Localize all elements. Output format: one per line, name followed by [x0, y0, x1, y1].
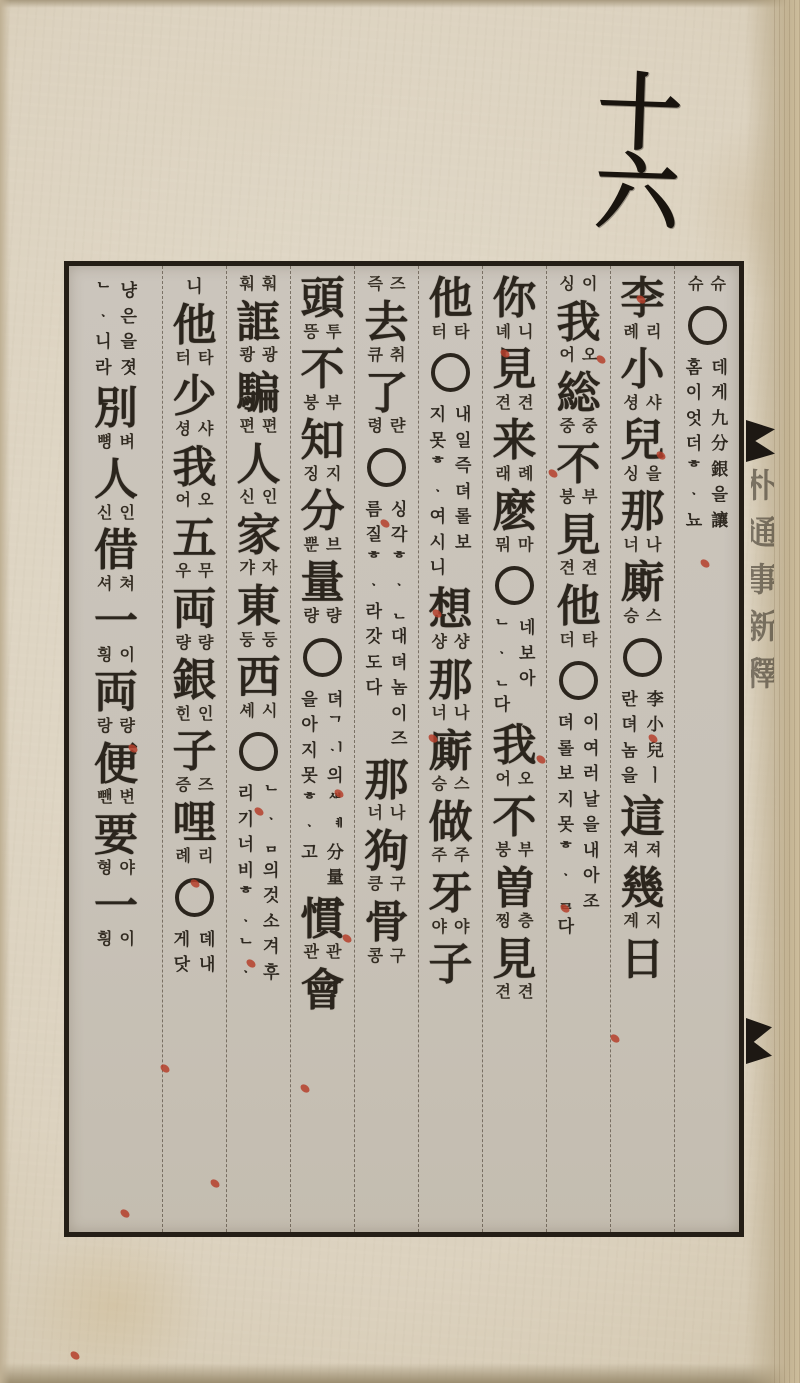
eonhae-left-subcolumn: 게닷 [174, 927, 190, 978]
pronunciation-gloss: 너나 [624, 537, 662, 555]
pronunciation-gloss: 량량 [176, 635, 214, 653]
eonhae-annotation: ᄂᆞᆫ다네보아 [494, 615, 536, 717]
section-circle-icon [495, 566, 534, 605]
hanja-char: 分 [301, 488, 345, 536]
hanja-char: 両 [94, 669, 138, 717]
hanja-char: 那 [365, 757, 409, 805]
hanja-char: 来 [493, 417, 537, 465]
pronunciation-gloss: 견견 [496, 984, 534, 1002]
pronunciation-gloss: 량량 [304, 608, 342, 626]
eonhae-right-subcolumn: ᄂᆞᆷ의것소겨후 [263, 781, 279, 985]
text-column: 훠훠誆쾅광騙편편人신인家갸자東둥둥西셰시리기너비ᄒᆞᄂᆞᄂᆞᆷ의것소겨후 [227, 266, 291, 1232]
pronunciation-gloss: 더타 [560, 632, 598, 650]
hanja-char: 小 [621, 346, 665, 394]
pronunciation-gloss: 뭐마 [496, 537, 534, 555]
eonhae-right-subcolumn: 뎨내 [199, 927, 215, 978]
pronunciation-gloss: 셔쳐 [97, 576, 135, 594]
eonhae-left-subcolumn: 란뎌놈을 [621, 687, 637, 789]
book-page: 朴通事新釋 十六 슈슈홈이엇더ᄒᆞ뇨데게九分銀을讓李례리小셩샤兒싱을那너나廝승스… [0, 0, 800, 1383]
hanja-char: 廝 [621, 559, 665, 607]
section-circle-icon [688, 306, 727, 345]
hanja-char: 借 [94, 527, 138, 575]
paper-stain [120, 30, 380, 170]
text-column: 슈슈홈이엇더ᄒᆞ뇨데게九分銀을讓 [675, 266, 739, 1232]
hanja-char: 東 [237, 583, 281, 631]
hanja-char: 銀 [173, 657, 217, 705]
hanja-char: 一 [94, 883, 138, 931]
hanja-char: 見 [557, 512, 601, 560]
wrapped-pronunciation-gloss: 싱이 [560, 276, 598, 294]
pronunciation-gloss: 승스 [624, 608, 662, 626]
wrapped-pronunciation-gloss: 즉즈 [368, 276, 406, 294]
pronunciation-gloss: 녜니 [496, 324, 534, 342]
pronunciation-gloss: 샹샹 [432, 634, 470, 652]
eonhae-right-subcolumn: 냥은을졋 [121, 278, 137, 380]
text-frame: 슈슈홈이엇더ᄒᆞ뇨데게九分銀을讓李례리小셩샤兒싱을那너나廝승스란뎌놈을李小兒ㅣ這… [64, 261, 744, 1237]
hanja-char: 做 [429, 799, 473, 847]
red-tone-mark [69, 1350, 81, 1362]
hanja-char: 不 [301, 346, 345, 394]
hanja-char: 他 [429, 275, 473, 323]
pronunciation-gloss: 뺀변 [97, 789, 135, 807]
pronunciation-gloss: 힁이 [97, 647, 135, 665]
pronunciation-gloss: 중중 [560, 418, 598, 436]
hanja-char: 知 [301, 417, 345, 465]
pronunciation-gloss: 야야 [432, 919, 470, 937]
pronunciation-gloss: 큐취 [368, 347, 406, 365]
eonhae-annotation: 게닷뎨내 [174, 927, 216, 978]
page-bottom-edge [0, 1363, 800, 1383]
hanja-char: 哩 [173, 799, 217, 847]
pronunciation-gloss: 래례 [496, 466, 534, 484]
eonhae-annotation: 홈이엇더ᄒᆞ뇨데게九分銀을讓 [686, 355, 728, 534]
pronunciation-gloss: 킁구 [368, 876, 406, 894]
eonhae-right-subcolumn: 싱각ᄒᆞᆫ대뎌놈이즈 [391, 497, 407, 752]
section-circle-icon [303, 638, 342, 677]
hanja-char: 要 [94, 812, 138, 860]
hanja-char: 慣 [301, 896, 345, 944]
eonhae-right-subcolumn: 데게九分銀을讓 [711, 355, 728, 534]
pronunciation-gloss: 너나 [432, 705, 470, 723]
hanja-char: 人 [94, 456, 138, 504]
hanja-char: 子 [173, 728, 217, 776]
eonhae-continuation: 니 [186, 275, 202, 300]
hanja-char: 我 [493, 722, 537, 770]
text-column: 他터타지못ᄒᆞ여시니내일즉뎌롤보想샹샹那너나廝승스做주주牙야야子 [419, 266, 483, 1232]
pronunciation-gloss: 붕부 [560, 489, 598, 507]
pronunciation-gloss: 례리 [176, 848, 214, 866]
pronunciation-gloss: 계지 [624, 913, 662, 931]
section-circle-icon [431, 353, 470, 392]
text-column: 즉즈去큐취了령랸름질ᄒᆞ라갓도다싱각ᄒᆞᆫ대뎌놈이즈那너나狗킁구骨콩구 [355, 266, 419, 1232]
hanja-char: 見 [493, 346, 537, 394]
folio-number: 十六 [585, 67, 675, 230]
hanja-char: 不 [493, 794, 537, 842]
pronunciation-gloss: 신인 [240, 489, 278, 507]
hanja-char: 骨 [365, 899, 409, 947]
eonhae-left-subcolumn: ᄂᆞ니라 [95, 278, 111, 380]
hanja-char: 量 [301, 559, 345, 607]
hanja-char: 牙 [429, 870, 473, 918]
hanja-char: 去 [365, 299, 409, 347]
hanja-char: 不 [557, 441, 601, 489]
hanja-char: 誆 [237, 299, 281, 347]
hanja-char: 麽 [493, 488, 537, 536]
pronunciation-gloss: 징지 [304, 466, 342, 484]
hanja-char: 那 [429, 657, 473, 705]
pronunciation-gloss: 편편 [240, 418, 278, 436]
hanja-char: 騙 [237, 370, 281, 418]
pronunciation-gloss: 신인 [97, 505, 135, 523]
hanja-char: 了 [365, 370, 409, 418]
eonhae-left-subcolumn: 리기너비ᄒᆞᄂᆞ [238, 781, 254, 985]
pronunciation-gloss: 뜽투 [304, 324, 342, 342]
text-column: ᄂᆞ니라냥은을졋別뼝벼人신인借셔쳐一힁이両랑량便뺀변要형야一힁이 [70, 266, 163, 1232]
text-column: 李례리小셩샤兒싱을那너나廝승스란뎌놈을李小兒ㅣ這져져幾계지日 [611, 266, 675, 1232]
hanja-char: 両 [173, 586, 217, 634]
pronunciation-gloss: 져져 [624, 842, 662, 860]
pronunciation-gloss: 셩샤 [176, 421, 214, 439]
hanja-char: 少 [173, 373, 217, 421]
hanja-char: 狗 [365, 828, 409, 876]
eonhae-right-subcolumn: 이여러날을내아조 [583, 710, 599, 940]
eonhae-left-subcolumn: 름질ᄒᆞ라갓도다 [366, 497, 382, 752]
page-edge-lines [774, 0, 800, 1383]
hanja-char: 別 [94, 385, 138, 433]
eonhae-left-subcolumn: 홈이엇더ᄒᆞ뇨 [686, 355, 702, 534]
pronunciation-gloss: 어오 [176, 492, 214, 510]
pronunciation-gloss: 우무 [176, 563, 214, 581]
pronunciation-gloss: 뿐브 [304, 537, 342, 555]
eonhae-right-subcolumn: 네보아 [519, 615, 535, 717]
text-column: 싱이我어오総중중不붕부見견견他더타뎌롤보지못ᄒᆞᆯ다이여러날을내아조 [547, 266, 611, 1232]
eonhae-annotation: ᄂᆞ니라냥은을졋 [95, 278, 137, 380]
pronunciation-gloss: 힌인 [176, 706, 214, 724]
hanja-char: 你 [493, 275, 537, 323]
hanja-char: 會 [301, 967, 345, 1015]
pronunciation-gloss: 형야 [97, 860, 135, 878]
text-column: 你녜니見견견来래례麽뭐마ᄂᆞᆫ다네보아我어오不붕부曽찡층見견견 [483, 266, 547, 1232]
hanja-char: 西 [237, 654, 281, 702]
pronunciation-gloss: 쾅광 [240, 347, 278, 365]
hanja-char: 人 [237, 441, 281, 489]
hanja-char: 日 [621, 936, 665, 984]
pronunciation-gloss: 갸자 [240, 560, 278, 578]
wrapped-pronunciation-gloss: 훠훠 [240, 276, 278, 294]
hanja-char: 我 [173, 444, 217, 492]
hanja-char: 子 [429, 941, 473, 989]
hanja-char: 一 [94, 598, 138, 646]
hanja-char: 見 [493, 936, 537, 984]
pronunciation-gloss: 찡층 [496, 913, 534, 931]
pronunciation-gloss: 증즈 [176, 777, 214, 795]
hanja-char: 我 [557, 299, 601, 347]
section-circle-icon [559, 661, 598, 700]
hanja-char: 他 [173, 302, 217, 350]
pronunciation-gloss: 터타 [432, 324, 470, 342]
eonhae-left-subcolumn: 지못ᄒᆞ여시니 [430, 402, 446, 581]
hanja-char: 這 [621, 794, 665, 842]
pronunciation-gloss: 셰시 [240, 703, 278, 721]
hanja-char: 五 [173, 515, 217, 563]
eonhae-left-subcolumn: 을아지못ᄒᆞ고 [301, 687, 317, 891]
pronunciation-gloss: 견견 [496, 395, 534, 413]
page-top-edge [0, 0, 800, 8]
pronunciation-gloss: 뼝벼 [97, 434, 135, 452]
pronunciation-gloss: 힁이 [97, 931, 135, 949]
pronunciation-gloss: 관관 [304, 944, 342, 962]
hanja-char: 曽 [493, 865, 537, 913]
pronunciation-gloss: 콩구 [368, 948, 406, 966]
hanja-char: 幾 [621, 865, 665, 913]
page-left-edge [0, 0, 10, 1383]
wrapped-pronunciation-gloss: 슈슈 [688, 276, 726, 294]
pronunciation-gloss: 어오 [560, 347, 598, 365]
pronunciation-gloss: 령랸 [368, 418, 406, 436]
pronunciation-gloss: 둥둥 [240, 632, 278, 650]
hanja-char: 総 [557, 370, 601, 418]
pronunciation-gloss: 셩샤 [624, 395, 662, 413]
pronunciation-gloss: 승스 [432, 776, 470, 794]
pronunciation-gloss: 견견 [560, 560, 598, 578]
hanja-char: 那 [621, 488, 665, 536]
pronunciation-gloss: 례리 [624, 324, 662, 342]
eonhae-right-subcolumn: 내일즉뎌롤보 [455, 402, 471, 581]
text-column: 니他터타少셩샤我어오五우무両량량銀힌인子증즈哩례리게닷뎨내 [163, 266, 227, 1232]
paper-stain [20, 1230, 210, 1380]
eonhae-annotation: 름질ᄒᆞ라갓도다싱각ᄒᆞᆫ대뎌놈이즈 [366, 497, 408, 752]
pronunciation-gloss: 너나 [368, 805, 406, 823]
section-circle-icon [239, 732, 278, 771]
pronunciation-gloss: 터타 [176, 350, 214, 368]
section-circle-icon [367, 448, 406, 487]
eonhae-annotation: 지못ᄒᆞ여시니내일즉뎌롤보 [430, 402, 472, 581]
pronunciation-gloss: 붕부 [304, 395, 342, 413]
hanja-char: 頭 [301, 275, 345, 323]
pronunciation-gloss: 붕부 [496, 842, 534, 860]
pronunciation-gloss: 주주 [432, 847, 470, 865]
eonhae-left-subcolumn: ᄂᆞᆫ다 [494, 615, 510, 717]
text-columns: 슈슈홈이엇더ᄒᆞ뇨데게九分銀을讓李례리小셩샤兒싱을那너나廝승스란뎌놈을李小兒ㅣ這… [69, 266, 739, 1232]
spine-title-partial: 朴通事新釋 [751, 468, 774, 703]
hanja-char: 他 [557, 583, 601, 631]
pronunciation-gloss: 어오 [496, 771, 534, 789]
section-circle-icon [623, 638, 662, 677]
hanja-char: 家 [237, 512, 281, 560]
pronunciation-gloss: 싱을 [624, 466, 662, 484]
pronunciation-gloss: 랑량 [97, 718, 135, 736]
